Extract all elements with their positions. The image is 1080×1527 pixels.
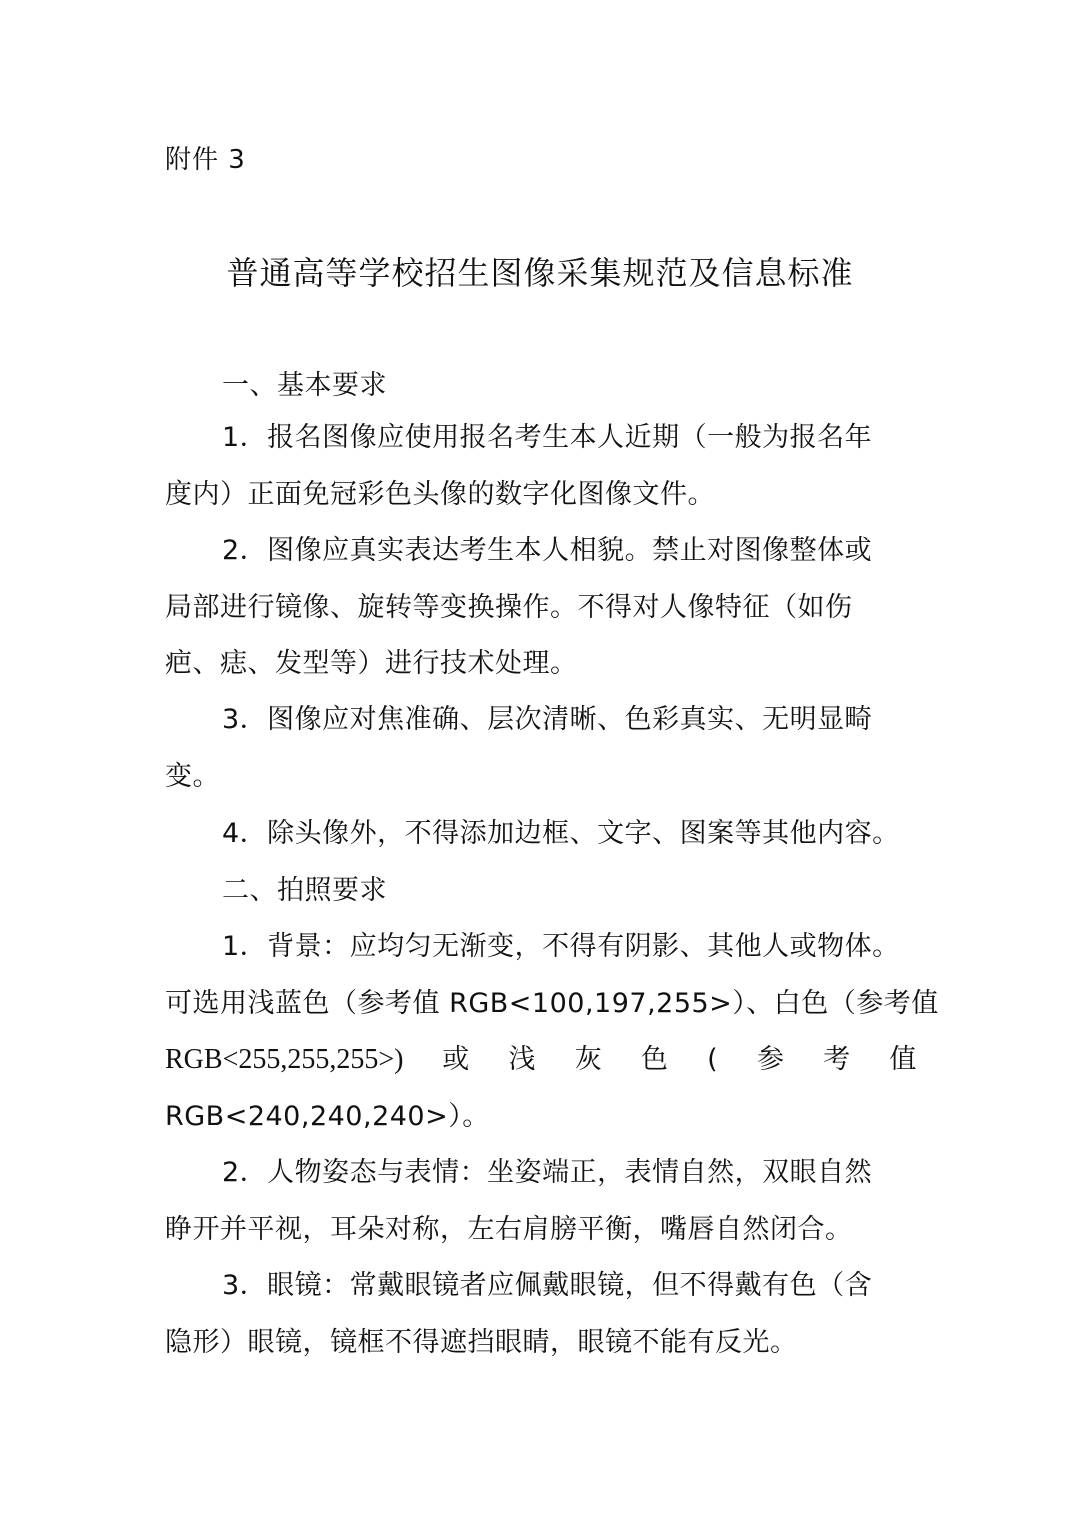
paragraph-line: 疤、痣、发型等）进行技术处理。 xyxy=(165,644,917,684)
paragraph-line: 3．图像应对焦准确、层次清晰、色彩真实、无明显畸 xyxy=(222,700,917,740)
text-fragment: 浅 xyxy=(508,1040,536,1080)
attachment-label: 附件 3 xyxy=(165,140,246,180)
paragraph-line: 睁开并平视，耳朵对称，左右肩膀平衡，嘴唇自然闭合。 xyxy=(165,1210,917,1250)
paragraph-line: 1．背景：应均匀无渐变，不得有阴影、其他人或物体。 xyxy=(222,927,917,967)
text-fragment: ( xyxy=(707,1040,718,1080)
text-fragment: 或 xyxy=(442,1040,470,1080)
section-heading-photo-requirements: 二、拍照要求 xyxy=(222,871,974,911)
text-fragment: 参 xyxy=(757,1040,785,1080)
paragraph-line-justified: RGB<255,255,255>) 或 浅 灰 色 ( 参 考 值 xyxy=(165,1040,917,1080)
text-fragment: 考 xyxy=(823,1040,851,1080)
paragraph-line: 3．眼镜：常戴眼镜者应佩戴眼镜，但不得戴有色（含 xyxy=(222,1266,917,1306)
paragraph-line: 度内）正面免冠彩色头像的数字化图像文件。 xyxy=(165,475,917,515)
section-heading-basic-requirements: 一、基本要求 xyxy=(222,366,974,406)
text-fragment: 灰 xyxy=(575,1040,603,1080)
paragraph-line: 隐形）眼镜，镜框不得遮挡眼睛，眼镜不能有反光。 xyxy=(165,1323,917,1363)
document-page: 附件 3 普通高等学校招生图像采集规范及信息标准 一、基本要求 1．报名图像应使… xyxy=(0,0,1080,1527)
document-title: 普通高等学校招生图像采集规范及信息标准 xyxy=(0,248,1080,298)
text-fragment: 色 xyxy=(641,1040,669,1080)
paragraph-line: 1．报名图像应使用报名考生本人近期（一般为报名年 xyxy=(222,418,917,458)
paragraph-line: 局部进行镜像、旋转等变换操作。不得对人像特征（如伤 xyxy=(165,588,917,628)
paragraph-line: 2．图像应真实表达考生本人相貌。禁止对图像整体或 xyxy=(222,531,917,571)
text-fragment: RGB<255,255,255>) xyxy=(165,1040,403,1080)
paragraph-line: 2．人物姿态与表情：坐姿端正，表情自然，双眼自然 xyxy=(222,1153,917,1193)
paragraph-line: 可选用浅蓝色（参考值 RGB<100,197,255>）、白色（参考值 xyxy=(165,984,917,1024)
paragraph-line: 变。 xyxy=(165,757,917,797)
paragraph-line: RGB<240,240,240>）。 xyxy=(165,1097,917,1137)
text-fragment: 值 xyxy=(889,1040,917,1080)
paragraph-line: 4．除头像外，不得添加边框、文字、图案等其他内容。 xyxy=(222,814,917,854)
